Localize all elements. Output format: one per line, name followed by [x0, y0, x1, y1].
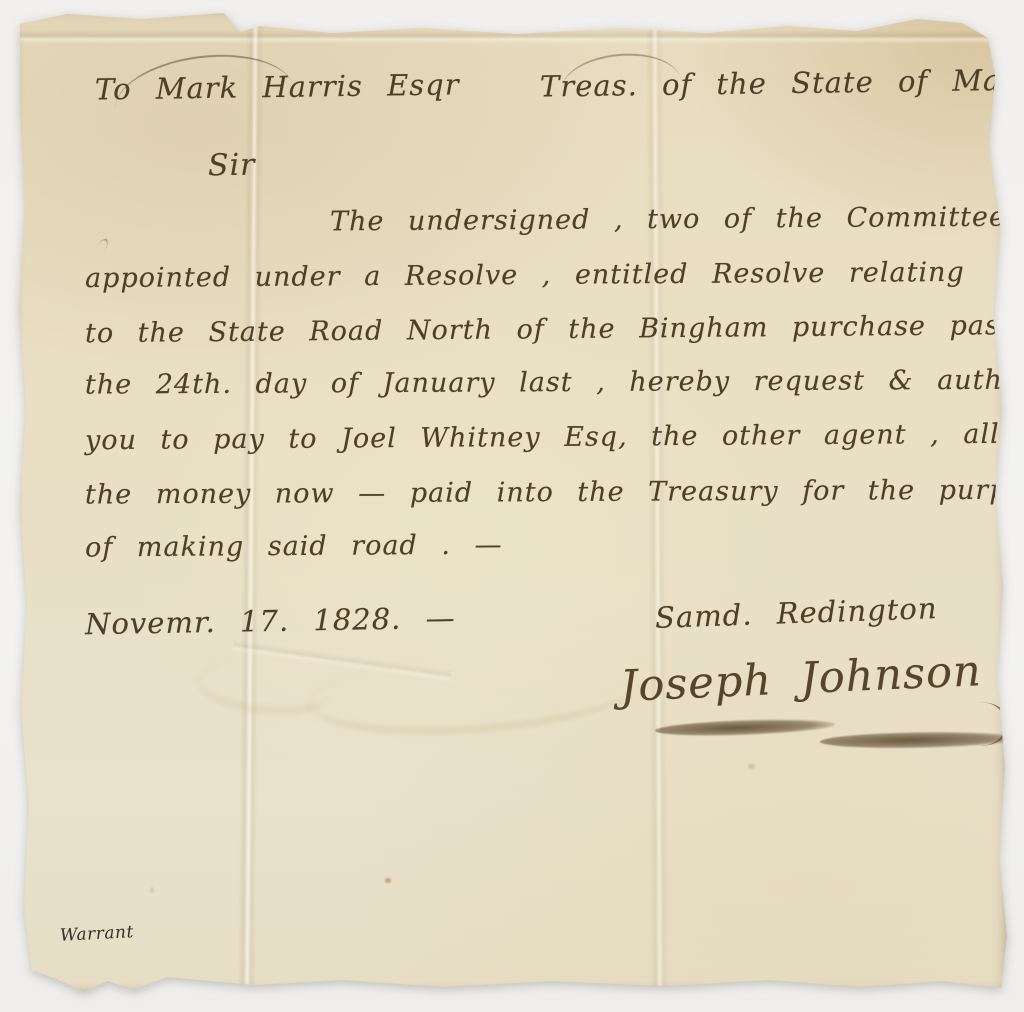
body-line: appointed under a Resolve , entitled Res…	[85, 257, 965, 294]
salutation: Sir	[208, 148, 256, 184]
paper-shadow-wrap: To Mark Harris Esqr Treas. of the State …	[12, 6, 1012, 996]
paper-speck	[748, 764, 755, 769]
short-diagonal-crease	[232, 639, 452, 683]
signature-redington: Samd. Redington	[654, 591, 938, 635]
docket-note: Warrant	[60, 922, 135, 946]
body-line: The undersigned , two of the Committee	[330, 202, 1006, 238]
pen-tick-mark	[95, 236, 111, 253]
scanned-letter-page: To Mark Harris Esqr Treas. of the State …	[0, 0, 1024, 1012]
paper-speck	[385, 878, 391, 883]
body-line: the 24th. day of January last , hereby r…	[85, 364, 1024, 400]
body-line: the money now — paid into the Treasury f…	[85, 474, 1024, 510]
signature-flourish-curl	[960, 702, 1010, 746]
paper-speck	[150, 888, 154, 892]
recipient-name: To Mark Harris Esqr	[95, 67, 460, 106]
body-line: you to pay to Joel Whitney Esq, the othe…	[85, 419, 1000, 456]
ink-bleed-through-mark	[305, 642, 644, 743]
body-line: of making said road . —	[85, 530, 503, 564]
recipient-title: Treas. of the State of Maine	[540, 62, 1024, 103]
signature-flourish-stroke	[820, 730, 1020, 749]
ink-bleed-through-mark	[195, 654, 334, 720]
horizontal-fold-crease-top	[12, 30, 1012, 44]
signature-johnson: Joseph Johnson	[619, 646, 983, 712]
letter-paper: To Mark Harris Esqr Treas. of the State …	[12, 6, 1012, 996]
signature-flourish-stroke	[655, 717, 835, 738]
date-line: Novemr. 17. 1828. —	[85, 601, 456, 641]
body-line: to the State Road North of the Bingham p…	[85, 310, 1024, 349]
